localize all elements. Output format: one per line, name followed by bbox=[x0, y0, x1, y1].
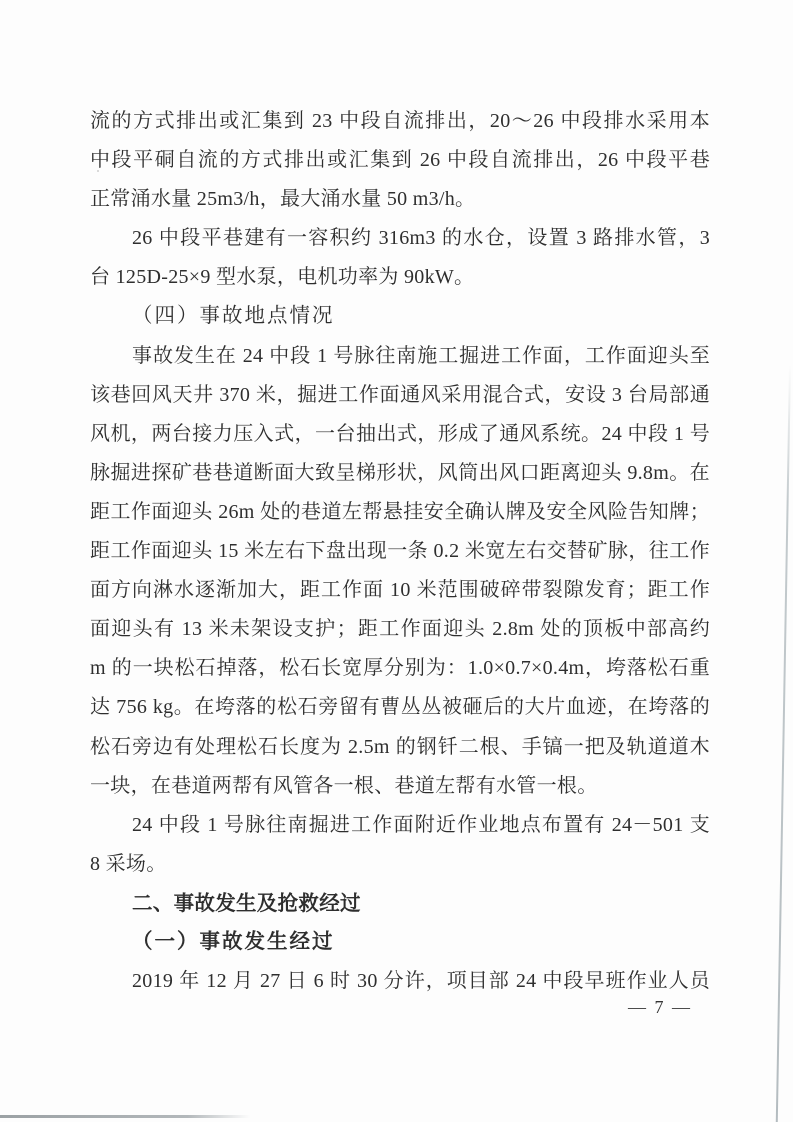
text-line: 正常涌水量 25m3/h，最大涌水量 50 m3/h。 bbox=[90, 180, 710, 219]
text-line: 面迎头有 13 米未架设支护；距工作面迎头 2.8m 处的顶板中部高约 2.4 bbox=[90, 610, 710, 649]
text-line: 脉掘进探矿巷巷道断面大致呈梯形状，风筒出风口距离迎头 9.8m。在 bbox=[90, 454, 710, 493]
text-block: 流的方式排出或汇集到 23 中段自流排出，20～26 中段排水采用本中段平硐自流… bbox=[90, 102, 710, 1001]
scan-edge-horizontal-line bbox=[0, 1115, 250, 1118]
text-line: 事故发生在 24 中段 1 号脉往南施工掘进工作面，工作面迎头至 bbox=[90, 337, 710, 376]
text-line: 中段平硐自流的方式排出或汇集到 26 中段自流排出，26 中段平巷 bbox=[90, 141, 710, 180]
text-line: 松石旁边有处理松石长度为 2.5m 的钢钎二根、手镐一把及轨道道木 bbox=[90, 728, 710, 767]
section-heading: 二、事故发生及抢救经过 bbox=[90, 884, 710, 923]
text-line: 流的方式排出或汇集到 23 中段自流排出，20～26 中段排水采用本 bbox=[90, 102, 710, 141]
text-line: 一块，在巷道两帮有风管各一根、巷道左帮有水管一根。 bbox=[90, 767, 710, 806]
section-heading: （四）事故地点情况 bbox=[90, 297, 710, 336]
text-line: 风机，两台接力压入式，一台抽出式，形成了通风系统。24 中段 1 号 bbox=[90, 415, 710, 454]
text-line: 该巷回风天井 370 米，掘进工作面通风采用混合式，安设 3 台局部通 bbox=[90, 376, 710, 415]
text-line: 达 756 kg。在垮落的松石旁留有曹丛丛被砸后的大片血迹，在垮落的 bbox=[90, 688, 710, 727]
text-line: 8 采场。 bbox=[90, 845, 710, 884]
text-line: 24 中段 1 号脉往南掘进工作面附近作业地点布置有 24－501 支 bbox=[90, 806, 710, 845]
text-line: 面方向淋水逐渐加大，距工作面 10 米范围破碎带裂隙发育；距工作 bbox=[90, 571, 710, 610]
text-line: m 的一块松石掉落，松石长宽厚分别为：1.0×0.7×0.4m，垮落松石重 bbox=[90, 649, 710, 688]
document-page: 流的方式排出或汇集到 23 中段自流排出，20～26 中段排水采用本中段平硐自流… bbox=[0, 0, 793, 1122]
text-line: 台 125D-25×9 型水泵，电机功率为 90kW。 bbox=[90, 258, 710, 297]
text-line: 距工作面迎头 26m 处的巷道左帮悬挂安全确认牌及安全风险告知牌； bbox=[90, 493, 710, 532]
text-line: 距工作面迎头 15 米左右下盘出现一条 0.2 米宽左右交替矿脉，往工作 bbox=[90, 532, 710, 571]
scan-speck bbox=[97, 170, 99, 172]
page-number: — 7 — bbox=[600, 994, 720, 1020]
scan-edge-vertical-line bbox=[776, 365, 791, 1122]
section-heading: （一）事故发生经过 bbox=[90, 923, 710, 962]
text-line: 26 中段平巷建有一容积约 316m3 的水仓，设置 3 路排水管，3 bbox=[90, 219, 710, 258]
